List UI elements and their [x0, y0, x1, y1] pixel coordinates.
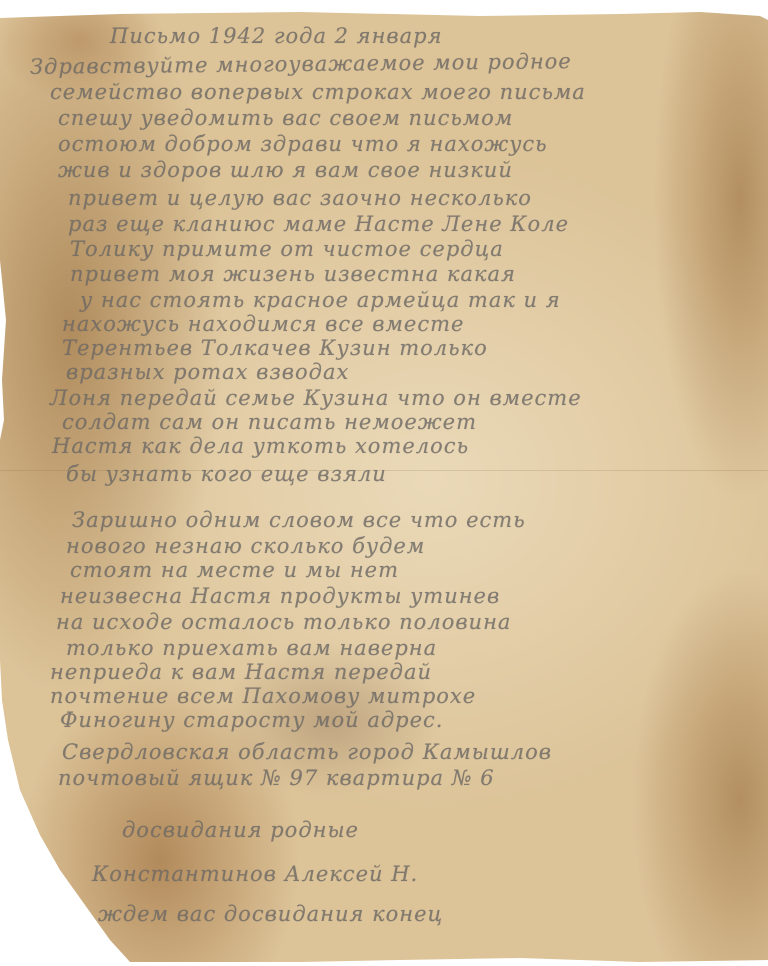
letter-line: на исходе осталось только половина — [56, 610, 511, 634]
letter-line: раз еще кланиюс маме Насте Лене Коле — [68, 212, 569, 236]
letter-line: Здравствуйте многоуважаемое мои родное — [30, 49, 572, 79]
letter-line: Заришно одним словом все что есть — [72, 508, 526, 532]
letter-line: Настя как дела уткоть хотелось — [52, 434, 469, 458]
letter-header-date: Письмо 1942 года 2 января — [110, 24, 443, 48]
letter-line: семейство вопервых строках моего письма — [50, 80, 586, 104]
letter-line: нового незнаю сколько будем — [66, 534, 425, 558]
letter-address-line: почтовый ящик № 97 квартира № 6 — [58, 766, 495, 790]
letter-line: Толику примите от чистое сердца — [70, 237, 504, 261]
letter-line: почтение всем Пахомову митрохе — [50, 684, 476, 708]
letter-closing: досвидания родные — [122, 818, 359, 842]
letter-line: Финогину старосту мой адрес. — [60, 708, 443, 732]
letter-line: вразных ротах взводах — [66, 360, 349, 384]
letter-line: нахожусь находимся все вместе — [62, 312, 464, 336]
letter-line: у нас стоять красное армейца так и я — [80, 288, 561, 312]
letter-address-line: Свердловская область город Камышлов — [62, 740, 552, 764]
letter-line: Лоня передай семье Кузина что он вместе — [50, 386, 582, 410]
letter-line: привет моя жизень известна какая — [70, 262, 516, 286]
letter-line: Терентьев Толкачев Кузин только — [62, 336, 488, 360]
letter-line: привет и целую вас заочно несколько — [68, 186, 532, 210]
letter-line: жив и здоров шлю я вам свое низкий — [58, 158, 513, 182]
letter-line: остоюм добром здрави что я нахожусь — [58, 132, 548, 156]
letter-line: бы узнать кого еще взяли — [66, 462, 387, 486]
letter-postscript: ждем вас досвидания конец — [98, 902, 443, 926]
handwritten-letter: Письмо 1942 года 2 января Здравствуйте м… — [0, 0, 768, 966]
letter-line: неприеда к вам Настя передай — [50, 660, 432, 684]
letter-line: спешу уведомить вас своем письмом — [58, 106, 513, 130]
letter-line: только приехать вам наверна — [66, 636, 437, 660]
letter-signature: Константинов Алексей Н. — [92, 862, 418, 886]
letter-line: стоят на месте и мы нет — [70, 558, 399, 582]
letter-line: солдат сам он писать немоежет — [62, 410, 477, 434]
letter-line: неизвесна Настя продукты утинев — [60, 584, 500, 608]
